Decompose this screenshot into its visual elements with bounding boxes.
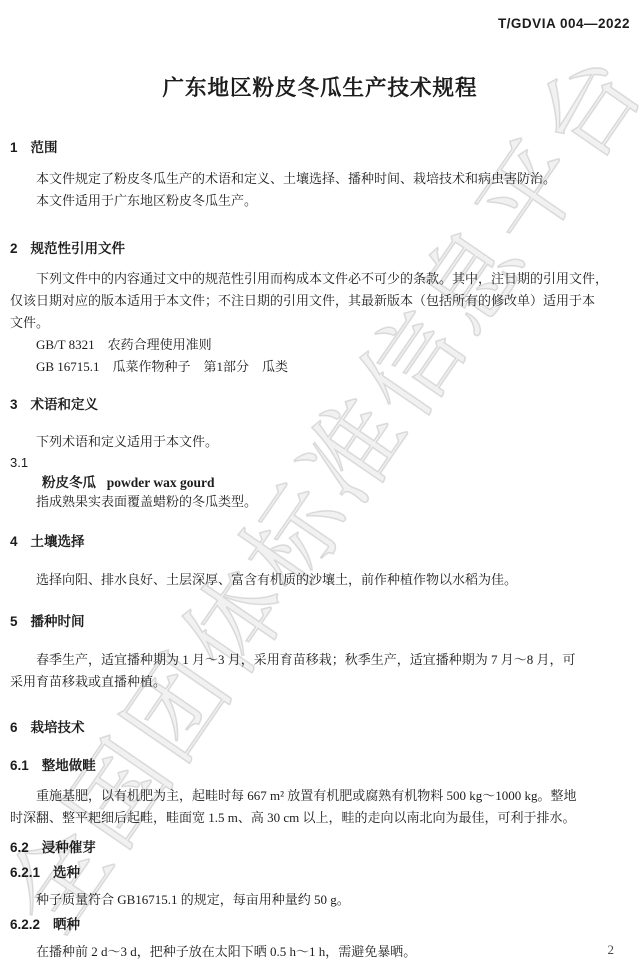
section-6-number: 6 — [10, 717, 18, 739]
section-5-heading: 5播种时间 — [10, 611, 630, 633]
page-number: 2 — [608, 942, 615, 958]
section-3-number: 3 — [10, 394, 18, 416]
section-1-heading: 1范围 — [10, 137, 630, 159]
section-6-heading: 6栽培技术 — [10, 717, 630, 739]
section-3-intro: 下列术语和定义适用于本文件。 — [10, 431, 630, 453]
section-6-2-1-title: 选种 — [53, 865, 80, 880]
section-6-1-paragraph-1: 重施基肥，以有机肥为主，起畦时每 667 m² 放置有机肥或腐熟有机物料 500… — [10, 785, 630, 829]
section-6-1-number: 6.1 — [10, 755, 29, 777]
section-1-paragraph-2: 本文件适用于广东地区粉皮冬瓜生产。 — [10, 190, 630, 212]
section-6-2-1-number: 6.2.1 — [10, 862, 40, 884]
section-1-title: 范围 — [31, 140, 58, 155]
section-5-number: 5 — [10, 611, 18, 633]
section-5-title: 播种时间 — [31, 614, 85, 629]
section-3-heading: 3术语和定义 — [10, 394, 630, 416]
term-clause-number: 3.1 — [10, 453, 630, 473]
section-2-heading: 2规范性引用文件 — [10, 238, 630, 260]
section-6-2-number: 6.2 — [10, 837, 29, 859]
term-chinese: 粉皮冬瓜 — [42, 475, 96, 490]
section-1-number: 1 — [10, 137, 18, 159]
section-6-2-1-paragraph-1: 种子质量符合 GB16715.1 的规定，每亩用种量约 50 g。 — [10, 889, 630, 911]
term-entry: 粉皮冬瓜powder wax gourd — [10, 473, 630, 492]
section-6-2-2-paragraph-1: 在播种前 2 d～3 d，把种子放在太阳下晒 0.5 h～1 h，需避免暴晒。 — [10, 941, 630, 963]
document-header: T/GDVIA 004—2022 — [10, 0, 630, 33]
document-content: T/GDVIA 004—2022 广东地区粉皮冬瓜生产技术规程 1范围 本文件规… — [0, 0, 640, 963]
section-6-2-2-heading: 6.2.2晒种 — [10, 914, 630, 936]
section-2-paragraph-1: 下列文件中的内容通过文中的规范性引用而构成本文件必不可少的条款。其中，注日期的引… — [10, 268, 630, 334]
section-6-2-2-number: 6.2.2 — [10, 914, 40, 936]
section-4-heading: 4土壤选择 — [10, 531, 630, 553]
document-title: 广东地区粉皮冬瓜生产技术规程 — [10, 73, 630, 103]
document-page: 全国团体标准信息平台 T/GDVIA 004—2022 广东地区粉皮冬瓜生产技术… — [0, 0, 640, 973]
section-4-number: 4 — [10, 531, 18, 553]
normative-reference-1: GB/T 8321 农药合理使用准则 — [10, 334, 630, 356]
normative-reference-2: GB 16715.1 瓜菜作物种子 第1部分 瓜类 — [10, 356, 630, 378]
section-2-title: 规范性引用文件 — [31, 241, 126, 256]
term-english: powder wax gourd — [107, 475, 215, 490]
section-6-1-heading: 6.1整地做畦 — [10, 755, 630, 777]
section-5-paragraph-1: 春季生产，适宜播种期为 1 月～3 月，采用育苗移栽；秋季生产，适宜播种期为 7… — [10, 649, 630, 693]
section-6-1-title: 整地做畦 — [42, 758, 96, 773]
section-3-title: 术语和定义 — [31, 397, 99, 412]
section-6-2-1-heading: 6.2.1选种 — [10, 862, 630, 884]
section-2-number: 2 — [10, 238, 18, 260]
term-definition: 指成熟果实表面覆盖蜡粉的冬瓜类型。 — [10, 492, 630, 511]
section-6-2-title: 浸种催芽 — [42, 840, 96, 855]
standard-number: T/GDVIA 004—2022 — [498, 16, 630, 31]
section-6-title: 栽培技术 — [31, 720, 85, 735]
section-6-2-2-title: 晒种 — [53, 917, 80, 932]
section-4-title: 土壤选择 — [31, 534, 85, 549]
section-4-paragraph-1: 选择向阳、排水良好、土层深厚、富含有机质的沙壤土，前作种植作物以水稻为佳。 — [10, 569, 630, 591]
section-6-2-heading: 6.2浸种催芽 — [10, 837, 630, 859]
section-1-paragraph-1: 本文件规定了粉皮冬瓜生产的术语和定义、土壤选择、播种时间、栽培技术和病虫害防治。 — [10, 168, 630, 190]
